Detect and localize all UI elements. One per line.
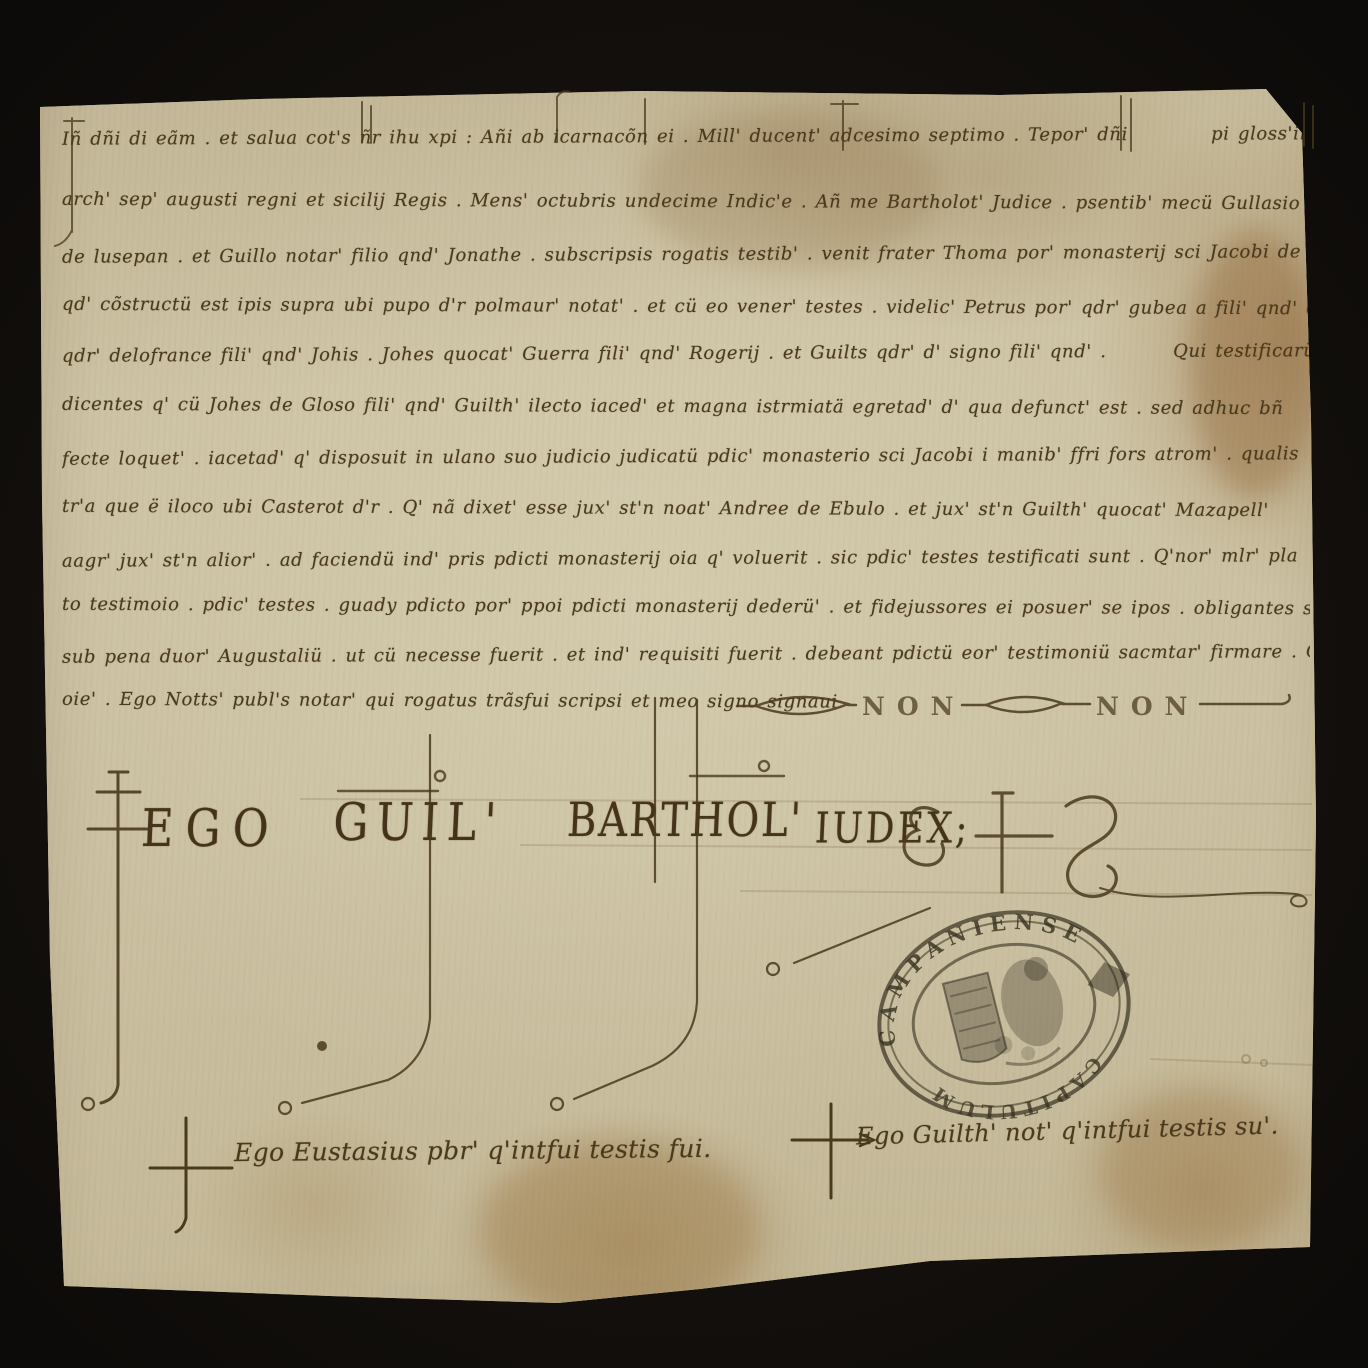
stain-right-edge [1190,230,1320,500]
signature-word-guil: GUIL' [332,793,506,853]
signature-word-ego: EGO [140,799,282,859]
charter-text-line: Iñ dñi di eãm . et salua cot's ñr ihu xp… [62,123,1310,150]
stain-bottom-center [480,1140,760,1320]
charter-text-line: oie' . Ego Notts' publ's notar' qui roga… [62,689,1310,715]
witness-signature-left: Ego Eustasius pbr' q'intfui testis fui. [234,1134,712,1168]
parchment-sheet: Iñ dñi di eãm . et salua cot's ñr ihu xp… [0,0,1368,1368]
charter-text-line: sub pena duor' Augustaliü . ut cü necess… [62,641,1310,668]
charter-text-line: fecte loquet' . iacetad' q' disposuit in… [62,443,1310,470]
charter-text-line: qd' cõstructü est ipis supra ubi pupo d'… [62,294,1310,320]
witness-signature-right: Ego Guilth' not' q'intfui testis su'. [856,1110,1279,1151]
charter-text-line: arch' sep' augusti regni et sicilij Regi… [62,189,1310,215]
charter-text-line: qdr' delofrance fili' qnd' Johis . Johes… [62,340,1310,367]
photo-canvas: Iñ dñi di eãm . et salua cot's ñr ihu xp… [0,0,1368,1368]
charter-text-line: tr'a que ë iloco ubi Casterot d'r . Q' n… [62,496,1310,522]
charter-text-line: aagr' jux' st'n alior' . ad faciendü ind… [62,545,1310,572]
stain-top-middle [640,110,940,270]
charter-text-line: de lusepan . et Guillo notar' filio qnd'… [62,241,1310,268]
charter-text-line: dicentes q' cü Johes de Gloso fili' qnd'… [62,394,1310,420]
signature-word-barthol: BARTHOL' [566,794,804,848]
signature-word-iudex: IUDEX; [814,805,972,853]
stain-bottom-right [1100,1090,1300,1250]
charter-text-line: to testimoio . pdic' testes . guady pdic… [62,594,1310,620]
